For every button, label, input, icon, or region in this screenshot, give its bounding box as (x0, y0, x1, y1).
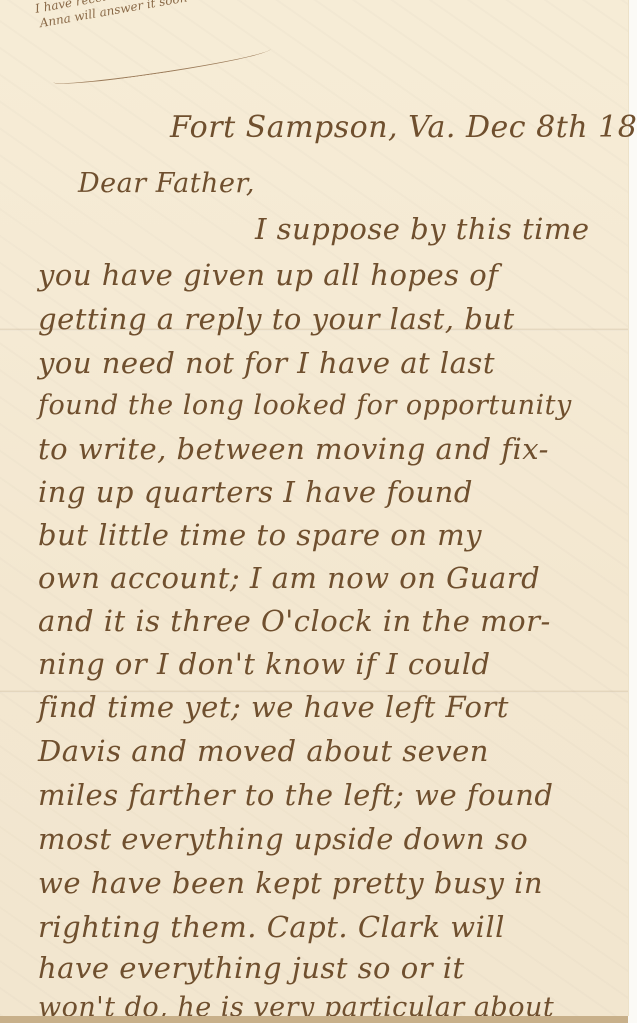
body-line: righting them. Capt. Clark will (38, 910, 505, 944)
body-line: getting a reply to your last, but (38, 302, 515, 336)
body-line: find time yet; we have left Fort (38, 690, 509, 724)
body-line: have everything just so or it (38, 951, 465, 985)
letter-dateline: Fort Sampson, Va. Dec 8th 1864 (170, 110, 637, 145)
body-line: ing up quarters I have found (38, 475, 473, 509)
body-line: you have given up all hopes of (38, 258, 498, 292)
body-line: Davis and moved about seven (38, 734, 489, 768)
letter-salutation: Dear Father, (78, 168, 255, 199)
body-line: ning or I don't know if I could (38, 647, 491, 681)
body-line: I suppose by this time (255, 212, 590, 246)
margin-note: I have received a letter from Anna will … (34, 0, 305, 32)
body-line: most everything upside down so (38, 822, 528, 856)
letter-page: I have received a letter from Anna will … (0, 0, 628, 1016)
body-line: own account; I am now on Guard (38, 561, 540, 595)
body-line: found the long looked for opportunity (38, 390, 572, 421)
body-line: you need not for I have at last (38, 346, 495, 380)
body-line: but little time to spare on my (38, 518, 482, 552)
paper-bottom-edge (0, 1016, 628, 1023)
margin-note-flourish (52, 43, 272, 88)
body-line: and it is three O'clock in the mor- (38, 604, 551, 638)
body-line: miles farther to the left; we found (38, 778, 553, 812)
body-line: to write, between moving and fix- (38, 432, 549, 466)
body-line: we have been kept pretty busy in (38, 866, 543, 900)
